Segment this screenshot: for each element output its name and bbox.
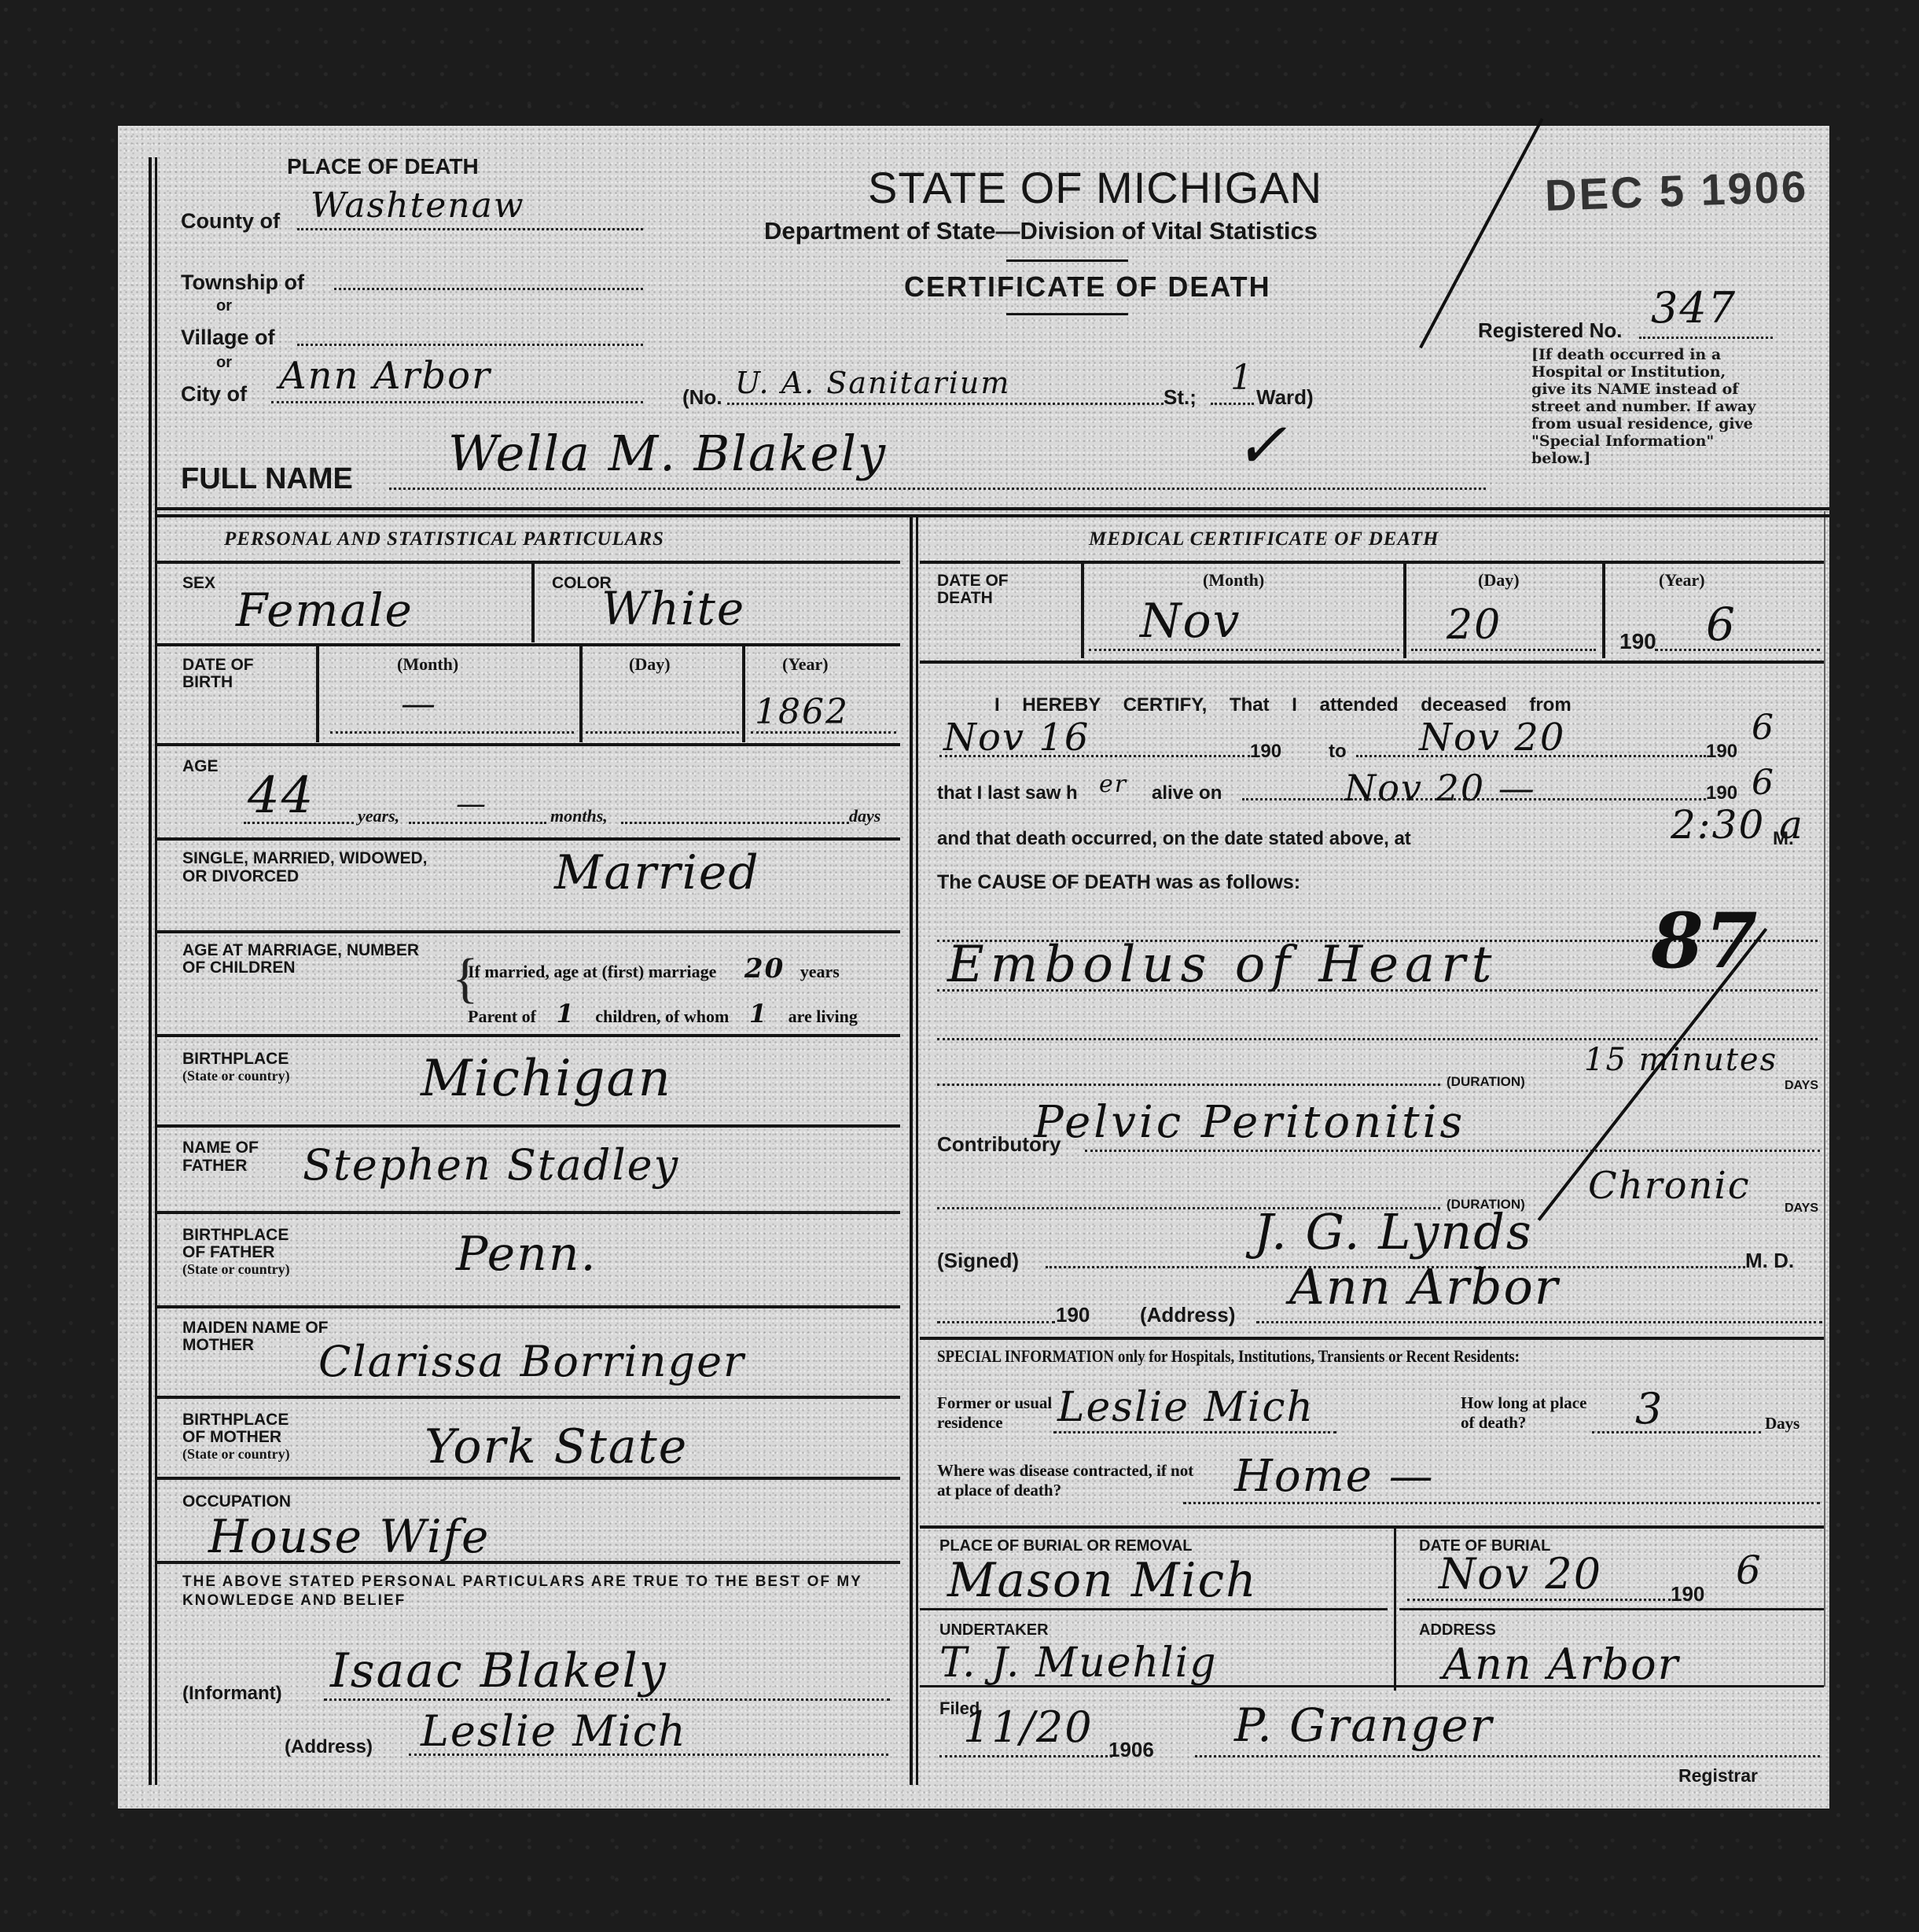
mother-birthplace-sub: (State or country): [182, 1446, 290, 1463]
row-rule: [920, 1608, 1388, 1610]
age-days-label: days: [849, 806, 880, 826]
certify-text: I HEREBY CERTIFY, That I attended deceas…: [994, 694, 1572, 716]
death-time-suffix: M.: [1773, 828, 1794, 850]
full-name-line: [389, 488, 1486, 490]
row-rule: [920, 1685, 1824, 1687]
attended-from-line: [939, 755, 1250, 757]
death-time-text: and that death occurred, on the date sta…: [937, 828, 1411, 850]
township-label: Township of: [181, 270, 304, 295]
place-of-death-heading: PLACE OF DEATH: [287, 154, 479, 179]
row-rule: [157, 1561, 900, 1564]
informant-address-value: Leslie Mich: [421, 1706, 687, 1756]
age-months-label: months,: [550, 806, 608, 826]
how-long-line: [1592, 1431, 1761, 1433]
dod-label: DATE OF DEATH: [937, 572, 1016, 607]
row-rule: [157, 837, 900, 841]
mother-birthplace-value: York State: [425, 1419, 688, 1474]
contributory-duration-value: Chronic: [1588, 1164, 1751, 1208]
dod-month-value: Nov: [1140, 594, 1241, 649]
township-line: [334, 288, 643, 290]
children-mid: children, of whom: [595, 1006, 729, 1026]
alive-on-label: alive on: [1152, 782, 1222, 804]
attended-from-value: Nov 16: [943, 716, 1090, 760]
or-label: or: [216, 354, 232, 372]
dod-year-line: [1655, 649, 1820, 651]
physician-address-value: Ann Arbor: [1289, 1258, 1559, 1316]
age-months-value: —: [456, 786, 487, 821]
duration-days-label: DAYS: [1785, 1079, 1818, 1093]
father-birthplace-label: BIRTHPLACE OF FATHER: [182, 1227, 316, 1261]
undertaker-address-value: Ann Arbor: [1443, 1639, 1679, 1689]
marital-label: SINGLE, MARRIED, WIDOWED, OR DIVORCED: [182, 849, 450, 885]
contributory-line: [1085, 1150, 1820, 1152]
attended-to-line: [1356, 755, 1706, 757]
age-months-line: [409, 822, 546, 824]
left-border-line: [149, 157, 152, 1785]
st-label: St.;: [1164, 385, 1197, 410]
registrar-signature: P. Granger: [1234, 1698, 1493, 1752]
row-rule: [157, 1477, 900, 1480]
dod-year-value: 6: [1706, 598, 1737, 651]
ward-line: [1211, 403, 1254, 405]
address-date-line: [937, 1321, 1055, 1323]
address-year-prefix: 190: [1056, 1303, 1090, 1327]
cell-divider: [1394, 1529, 1396, 1614]
birthplace-sub: (State or country): [182, 1068, 290, 1084]
marital-value: Married: [554, 845, 760, 900]
duration-line-left: [937, 1084, 1440, 1086]
undertaker-address-label: ADDRESS: [1419, 1621, 1496, 1639]
cell-divider: [1403, 564, 1406, 658]
age-years-line: [244, 822, 354, 824]
children-living-value: 1: [749, 999, 768, 1029]
row-rule: [920, 661, 1824, 664]
row-rule: [157, 1305, 900, 1308]
age-days-line: [621, 822, 849, 824]
dod-day-label: (Day): [1478, 570, 1520, 591]
last-saw-date-value: Nov 20 —: [1344, 767, 1536, 809]
md-label: M. D.: [1745, 1249, 1794, 1273]
burial-place-value: Mason Mich: [947, 1553, 1258, 1608]
filed-year: 1906: [1108, 1738, 1154, 1762]
filed-date-line: [939, 1755, 1112, 1757]
special-info-heading: SPECIAL INFORMATION only for Hospitals, …: [937, 1346, 1520, 1367]
burial-date-line: [1407, 1599, 1671, 1601]
undertaker-label: UNDERTAKER: [939, 1621, 1049, 1639]
column-divider: [910, 515, 913, 1785]
informant-label: (Informant): [182, 1683, 282, 1705]
dob-year-label: (Year): [782, 654, 829, 675]
attended-to-year-prefix: 190: [1706, 741, 1737, 763]
children-prefix: Parent of: [468, 1006, 536, 1026]
ward-label: Ward): [1256, 385, 1314, 410]
city-value: Ann Arbor: [279, 354, 491, 398]
full-name-value: Wella M. Blakely: [448, 425, 887, 482]
dob-year-value: 1862: [755, 692, 849, 732]
cell-divider: [1602, 564, 1605, 658]
signed-label: (Signed): [937, 1249, 1019, 1273]
occupation-value: House Wife: [208, 1510, 490, 1563]
row-rule: [920, 1337, 1824, 1340]
medical-heading: MEDICAL CERTIFICATE OF DEATH: [1089, 528, 1439, 550]
right-border-line: [1824, 511, 1825, 1687]
row-rule: [920, 561, 1824, 564]
street-value: U. A. Sanitarium: [735, 366, 1010, 400]
burial-year-value: 6: [1736, 1547, 1763, 1593]
sex-value: Female: [236, 583, 414, 637]
birthplace-label: BIRTHPLACE: [182, 1050, 289, 1069]
county-value: Washtenaw: [311, 186, 525, 226]
row-rule: [157, 743, 900, 746]
informant-address-label: (Address): [285, 1736, 373, 1758]
hospital-note: [If death occurred in a Hospital or Inst…: [1531, 346, 1759, 467]
how-long-value: 3: [1635, 1384, 1664, 1433]
occupation-label: OCCUPATION: [182, 1492, 291, 1511]
mother-maiden-value: Clarissa Borringer: [318, 1337, 745, 1386]
dob-month-label: (Month): [397, 654, 458, 675]
village-line: [297, 344, 643, 346]
or-label: or: [216, 297, 232, 315]
contracted-line: [1183, 1502, 1820, 1504]
row-rule: [1399, 1608, 1824, 1610]
last-saw-year-prefix: 190: [1706, 782, 1737, 804]
contracted-value: Home —: [1234, 1451, 1435, 1502]
mother-maiden-label: MAIDEN NAME OF MOTHER: [182, 1319, 332, 1354]
duration-label: (DURATION): [1447, 1074, 1525, 1090]
children-suffix: are living: [789, 1006, 858, 1026]
informant-line: [324, 1698, 890, 1701]
row-rule: [157, 643, 900, 646]
village-label: Village of: [181, 326, 275, 350]
row-rule: [157, 1396, 900, 1399]
dob-label: DATE OF BIRTH: [182, 657, 292, 691]
mother-birthplace-label: BIRTHPLACE OF MOTHER: [182, 1411, 316, 1446]
father-birthplace-value: Penn.: [456, 1227, 597, 1282]
signed-value: J. G. Lynds: [1254, 1203, 1533, 1260]
last-saw-line: [1242, 798, 1706, 800]
age-years-label: years,: [358, 806, 399, 826]
father-label: NAME OF FATHER: [182, 1139, 285, 1175]
dob-day-line: [586, 731, 739, 734]
row-rule: [157, 1124, 900, 1128]
dob-month-value: —: [401, 684, 437, 724]
duration-value: 15 minutes: [1584, 1042, 1777, 1078]
former-residence-value: Leslie Mich: [1057, 1384, 1314, 1431]
marriage-age-value: 20: [744, 953, 785, 984]
dod-day-value: 20: [1447, 602, 1502, 649]
birthplace-value: Michigan: [421, 1050, 672, 1108]
rule: [1006, 259, 1128, 262]
dod-day-line: [1411, 649, 1596, 651]
cell-divider: [316, 646, 319, 742]
registered-no-label: Registered No.: [1478, 318, 1623, 343]
age-label: AGE: [182, 757, 219, 776]
children-row: Parent of 1 children, of whom 1 are livi…: [468, 999, 858, 1029]
street-line: [727, 403, 1164, 405]
how-long-unit: Days: [1765, 1414, 1800, 1433]
row-rule: [157, 1211, 900, 1214]
ward-value: 1: [1230, 358, 1254, 398]
cause-line-3: [937, 1038, 1818, 1040]
marriage-label: AGE AT MARRIAGE, NUMBER OF CHILDREN: [182, 942, 442, 977]
cell-divider: [1394, 1612, 1396, 1691]
state-title: STATE OF MICHIGAN: [868, 162, 1322, 213]
to-label: to: [1329, 741, 1347, 763]
contributory-value: Pelvic Peritonitis: [1034, 1097, 1465, 1148]
dod-month-line: [1089, 649, 1399, 651]
last-saw-prefix: that I last saw h: [937, 782, 1078, 804]
registrar-line: [1195, 1755, 1820, 1757]
attended-from-year-prefix: 190: [1250, 741, 1281, 763]
check-mark: ✓: [1234, 409, 1289, 482]
city-line: [271, 401, 643, 403]
informant-value: Isaac Blakely: [330, 1643, 667, 1698]
marriage-age-prefix: If married, age at (first) marriage: [468, 962, 716, 981]
street-no-label: (No.: [682, 385, 722, 410]
filed-date-value: 11/20: [963, 1702, 1094, 1752]
dob-month-line: [330, 731, 574, 734]
row-rule: [157, 561, 900, 564]
dod-month-label: (Month): [1203, 570, 1264, 591]
dod-year-label: (Year): [1659, 570, 1705, 591]
attended-to-year-value: 6: [1752, 708, 1775, 748]
row-rule: [157, 930, 900, 933]
marriage-age-row: If married, age at (first) marriage 20 y…: [468, 953, 840, 984]
burial-year-prefix: 190: [1671, 1582, 1704, 1606]
personal-heading: PERSONAL AND STATISTICAL PARTICULARS: [224, 528, 664, 550]
former-residence-line: [1053, 1431, 1336, 1433]
county-line: [297, 228, 643, 230]
left-border-line-inner: [155, 157, 157, 1785]
color-value: White: [601, 582, 745, 635]
father-birthplace-sub: (State or country): [182, 1261, 290, 1278]
dod-year-prefix: 190: [1619, 629, 1656, 654]
age-years-value: 44: [248, 767, 314, 825]
cause-value: Embolus of Heart: [947, 936, 1498, 994]
received-date-stamp: DEC 5 1906: [1544, 160, 1809, 221]
attended-to-value: Nov 20: [1419, 716, 1565, 760]
cause-line-2: [937, 989, 1818, 992]
burial-date-value: Nov 20: [1439, 1549, 1602, 1599]
cell-divider: [1081, 564, 1084, 658]
physician-address-label: (Address): [1140, 1303, 1235, 1327]
marriage-age-suffix: years: [800, 962, 840, 981]
row-rule: [157, 1034, 900, 1037]
last-saw-pronoun: er: [1099, 771, 1127, 798]
cell-divider: [742, 646, 745, 742]
cell-divider: [531, 564, 535, 642]
full-name-label: FULL NAME: [181, 462, 353, 496]
how-long-label: How long at place of death?: [1461, 1393, 1590, 1433]
children-count-value: 1: [556, 999, 575, 1029]
cause-code: 87: [1651, 896, 1759, 985]
column-divider-inner: [916, 515, 918, 1785]
registered-no-line: [1639, 337, 1773, 339]
county-label: County of: [181, 209, 280, 234]
dob-day-label: (Day): [629, 654, 671, 675]
department-title: Department of State—Division of Vital St…: [764, 217, 1318, 245]
city-label: City of: [181, 382, 247, 407]
dob-year-line: [751, 731, 896, 734]
attestation-text: THE ABOVE STATED PERSONAL PARTICULARS AR…: [182, 1573, 894, 1610]
contributory-days-label: DAYS: [1785, 1202, 1818, 1216]
registered-no-value: 347: [1651, 283, 1737, 333]
cause-label: The CAUSE OF DEATH was as follows:: [937, 871, 1300, 894]
certificate-title: CERTIFICATE OF DEATH: [904, 270, 1271, 304]
father-value: Stephen Stadley: [303, 1140, 679, 1190]
cell-divider: [579, 646, 583, 742]
registrar-label: Registrar: [1678, 1765, 1758, 1787]
physician-address-line: [1256, 1321, 1822, 1323]
header-divider: [155, 507, 1829, 517]
last-saw-year-value: 6: [1752, 763, 1775, 803]
contracted-label: Where was disease contracted, if not at …: [937, 1461, 1197, 1500]
rule: [1006, 313, 1128, 315]
row-rule: [920, 1525, 1824, 1529]
undertaker-value: T. J. Muehlig: [939, 1639, 1218, 1687]
sex-label: SEX: [182, 574, 215, 593]
former-residence-label: Former or usual residence: [937, 1393, 1055, 1433]
